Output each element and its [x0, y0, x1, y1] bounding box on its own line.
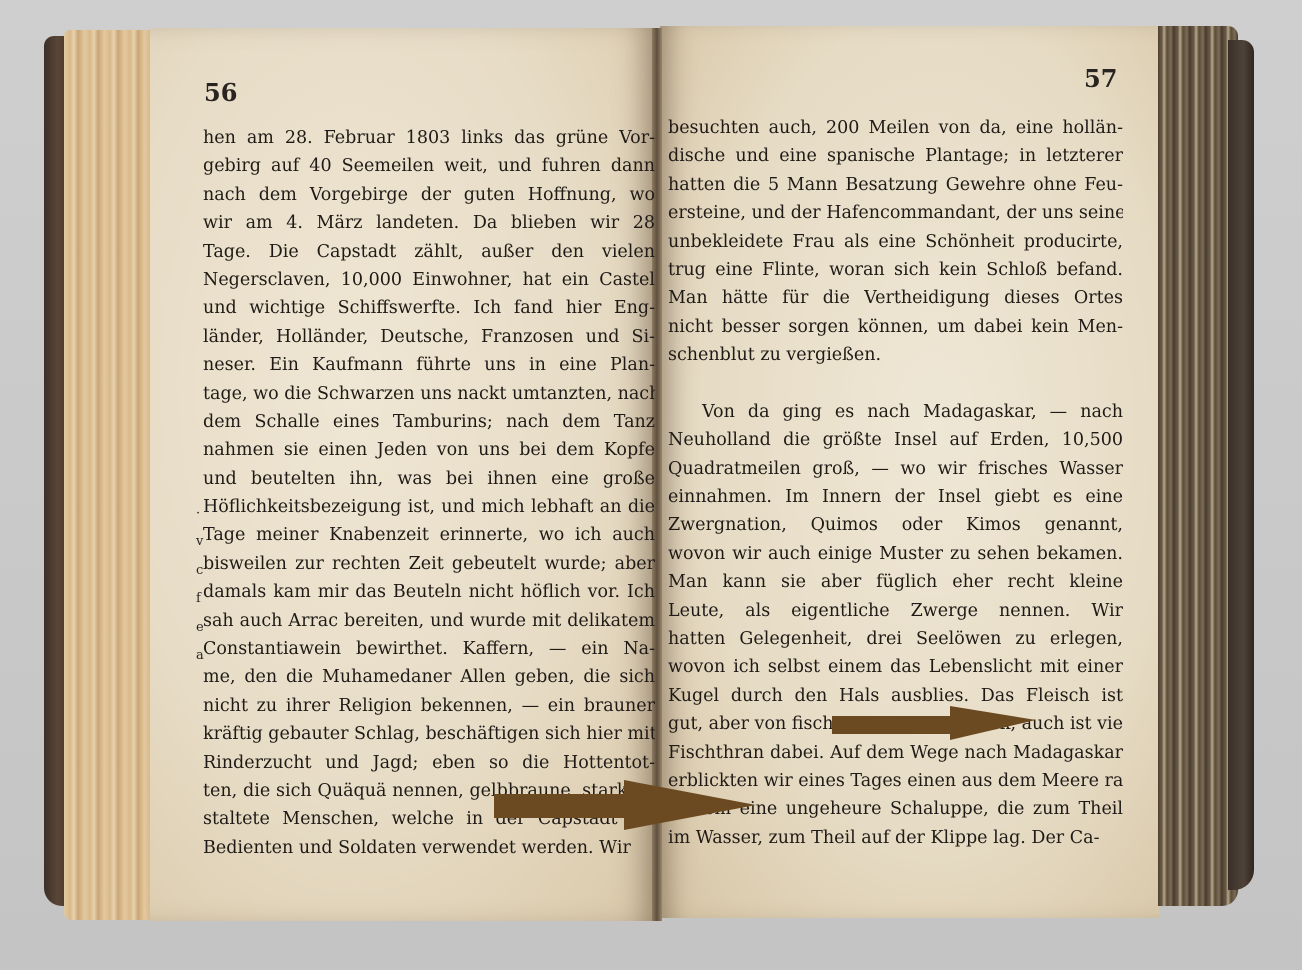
text-line: unbekleidete Frau als eine Schönheit pro… — [668, 228, 1123, 256]
text-line: dische und eine spanische Plantage; in l… — [668, 142, 1123, 170]
text-line: tage, wo die Schwarzen uns nackt umtanzt… — [203, 380, 655, 408]
right-page-block — [1158, 26, 1238, 906]
margin-note: a — [196, 642, 210, 670]
text-line: kräftig gebauter Schlag, beschäftigen si… — [203, 720, 655, 748]
text-line: trug eine Flinte, woran sich kein Schloß… — [668, 256, 1123, 284]
text-line: besuchten auch, 200 Meilen von da, eine … — [668, 114, 1123, 142]
text-line: nicht zu ihrer Religion bekennen, — ein … — [203, 692, 655, 720]
text-line: neser. Ein Kaufmann führte uns in eine P… — [203, 351, 655, 379]
arrow-right-icon — [832, 706, 1036, 746]
margin-annotations: · v c f e a — [196, 500, 210, 670]
text-line: Höflichkeitsbezeigung ist, und mich lebh… — [203, 493, 655, 521]
text-line: Constantiawein bewirthet. Kaffern, — ein… — [203, 635, 655, 663]
text-line: sah auch Arrac bereiten, und wurde mit d… — [203, 607, 655, 635]
margin-note: f — [196, 585, 210, 613]
text-line: Negersclaven, 10,000 Einwohner, hat ein … — [203, 266, 655, 294]
text-line: ersteine, und der Hafencommandant, der u… — [668, 199, 1123, 227]
text-line: hatten die 5 Mann Besatzung Gewehre ohne… — [668, 171, 1123, 199]
left-page-text: hen am 28. Februar 1803 links das grüne … — [203, 124, 655, 862]
text-line: Von da ging es nach Madagaskar, — nach — [668, 398, 1123, 426]
text-line: Zwergnation, Quimos oder Kimos genannt, — [668, 511, 1123, 539]
text-line: damals kam mir das Beuteln nicht höflich… — [203, 578, 655, 606]
text-line: Man kann sie aber füglich eher recht kle… — [668, 568, 1123, 596]
text-line: Rinderzucht und Jagd; eben so die Hotten… — [203, 749, 655, 777]
text-line: und beutelten ihn, was bei ihnen eine gr… — [203, 465, 655, 493]
text-line: Leute, als eigentliche Zwerge nennen. Wi… — [668, 597, 1123, 625]
margin-note: c — [196, 557, 210, 585]
page-number-left: 56 — [204, 78, 237, 107]
text-line: und wichtige Schiffswerfte. Ich fand hie… — [203, 294, 655, 322]
text-line: einnahmen. Im Innern der Insel giebt es … — [668, 483, 1123, 511]
text-line: Bedienten und Soldaten verwendet werden.… — [203, 834, 655, 862]
text-line: dem Schalle eines Tamburins; nach dem Ta… — [203, 408, 655, 436]
text-line: wovon wir auch einige Muster zu sehen be… — [668, 540, 1123, 568]
text-line: bisweilen zur rechten Zeit gebeutelt wur… — [203, 550, 655, 578]
margin-note: e — [196, 614, 210, 642]
arrow-right-icon — [494, 780, 756, 836]
left-page-block — [64, 30, 164, 920]
text-line: gebirg auf 40 Seemeilen weit, und fuhren… — [203, 152, 655, 180]
page-number-right: 57 — [1084, 64, 1117, 93]
book-photo-scene: 56 57 hen am 28. Februar 1803 links das … — [0, 0, 1302, 970]
margin-note: · — [196, 500, 210, 528]
text-line: Neuholland die größte Insel auf Erden, 1… — [668, 426, 1123, 454]
text-line: wir am 4. März landeten. Da blieben wir … — [203, 209, 655, 237]
text-line: nicht besser sorgen können, um dabei kei… — [668, 313, 1123, 341]
text-line: wovon ich selbst einem das Lebenslicht m… — [668, 653, 1123, 681]
text-line: nach dem Vorgebirge der guten Hoffnung, … — [203, 181, 655, 209]
paragraph-gap — [668, 370, 1123, 398]
text-line: Tage. Die Capstadt zählt, außer den viel… — [203, 238, 655, 266]
text-line: nahmen sie einen Jeden von uns bei dem K… — [203, 436, 655, 464]
margin-note: v — [196, 528, 210, 556]
text-line: me, den die Muhamedaner Allen geben, die… — [203, 663, 655, 691]
text-line: länder, Holländer, Deutsche, Franzosen u… — [203, 323, 655, 351]
text-line: hatten Gelegenheit, drei Seelöwen zu erl… — [668, 625, 1123, 653]
text-line: schenblut zu vergießen. — [668, 341, 1123, 369]
text-line: Quadratmeilen groß, — wo wir frisches Wa… — [668, 455, 1123, 483]
text-line: Man hätte für die Vertheidigung dieses O… — [668, 284, 1123, 312]
text-line: hen am 28. Februar 1803 links das grüne … — [203, 124, 655, 152]
text-line: Tage meiner Knabenzeit erinnerte, wo ich… — [203, 521, 655, 549]
right-cover-edge — [1228, 40, 1254, 890]
